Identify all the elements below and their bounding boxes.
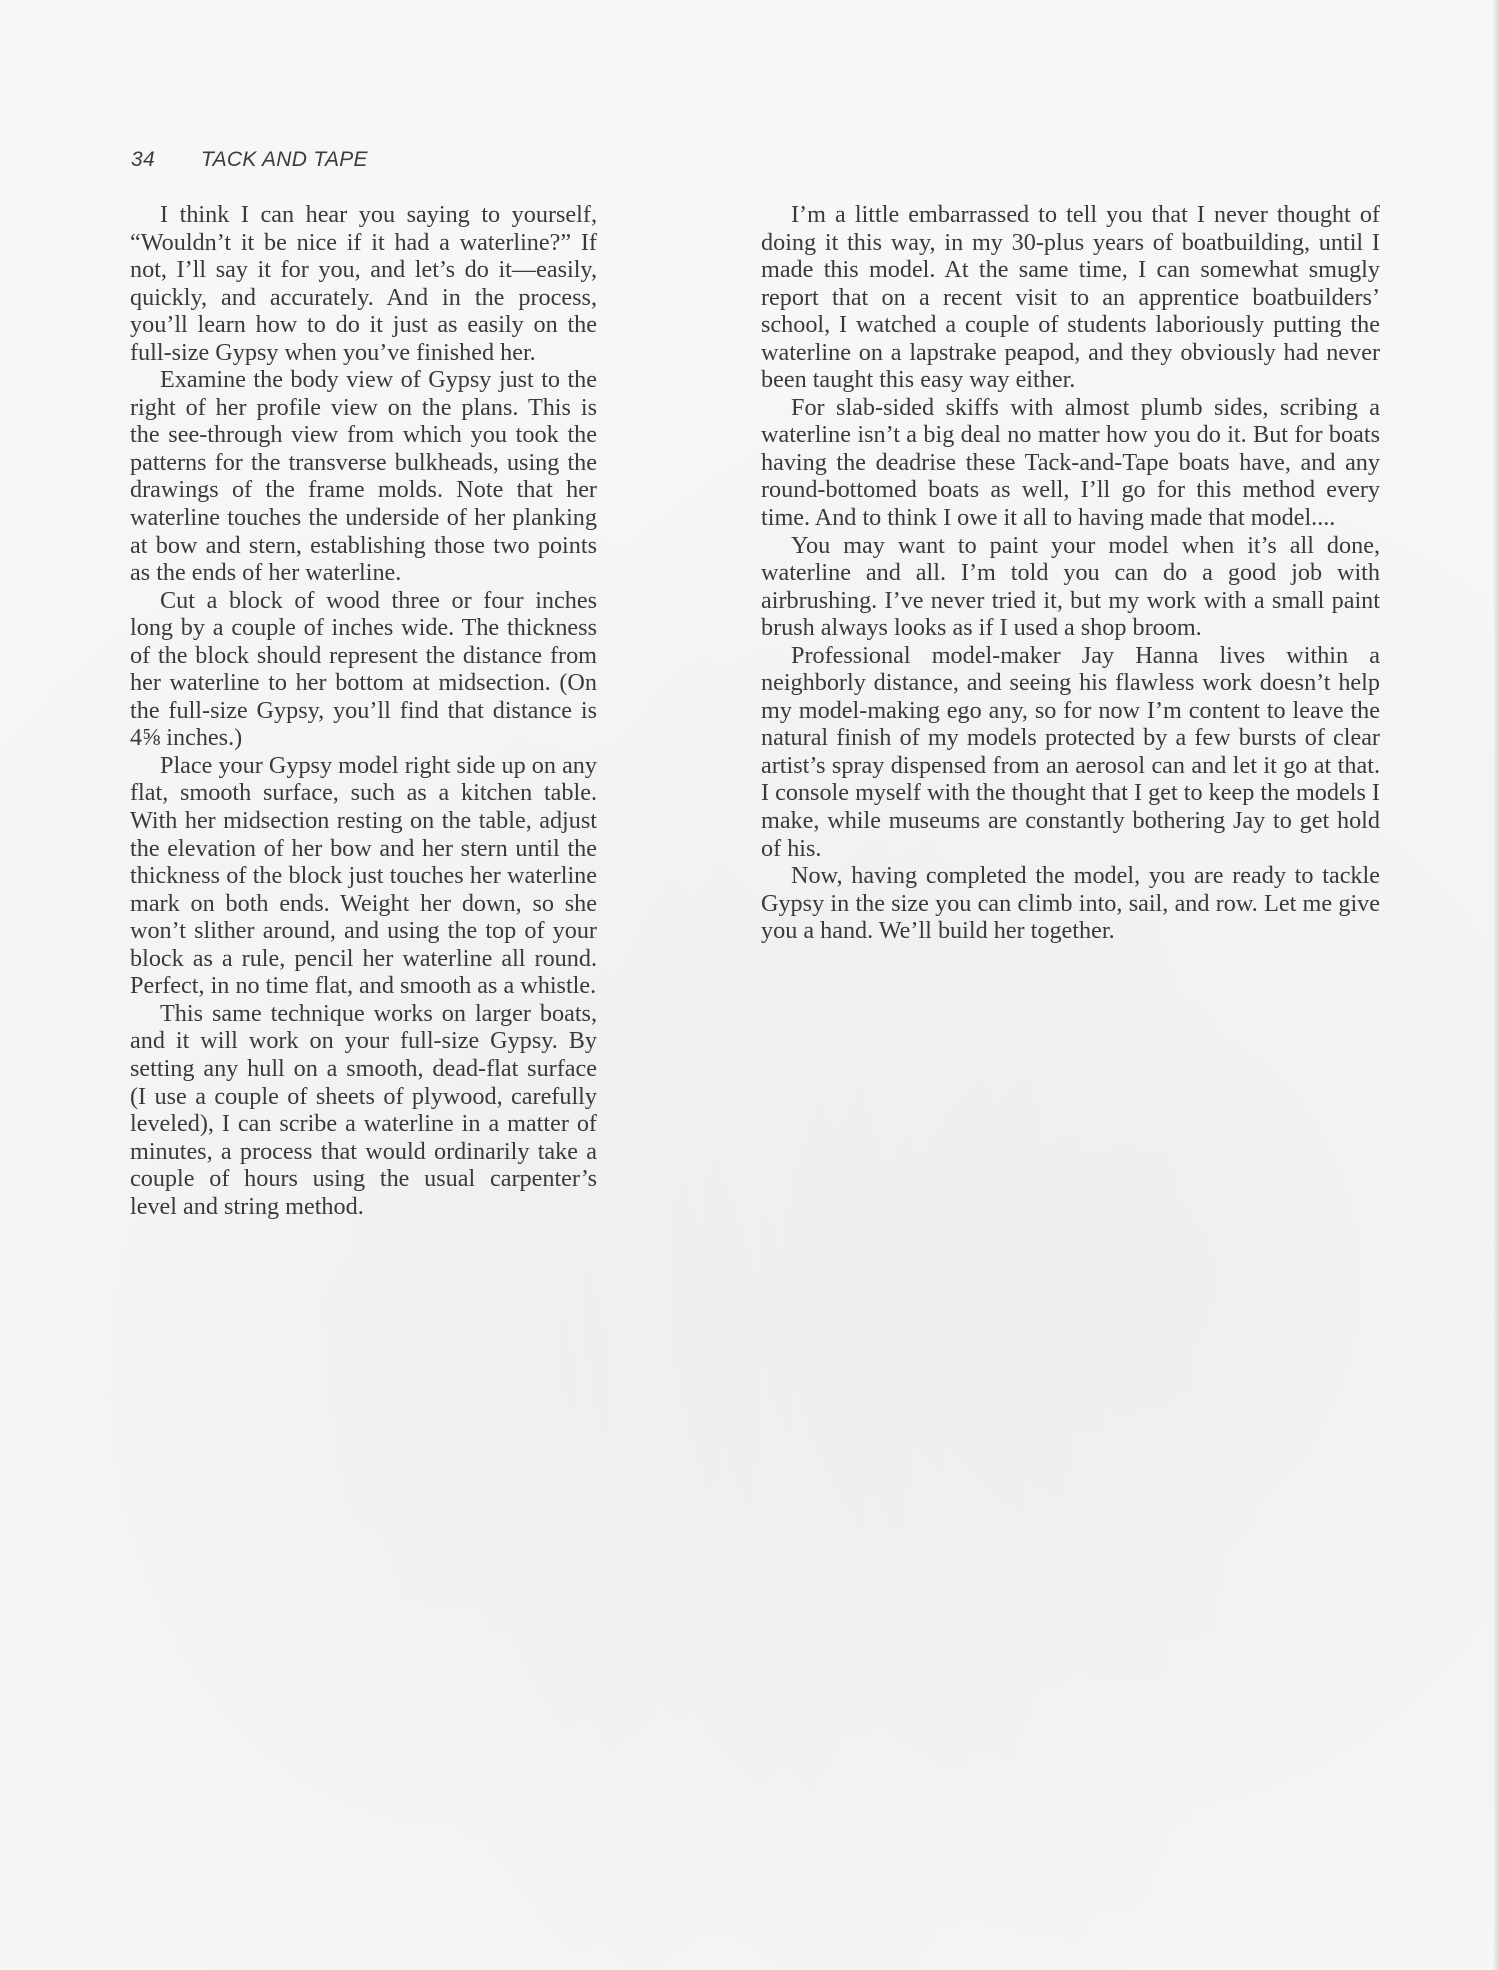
paragraph: Cut a block of wood three or four inches… — [130, 587, 597, 752]
paragraph: I’m a little embarrassed to tell you tha… — [761, 201, 1380, 394]
paragraph: I think I can hear you saying to yoursel… — [130, 201, 597, 366]
paragraph: For slab-sided skiffs with almost plumb … — [761, 394, 1380, 532]
paragraph: Place your Gypsy model right side up on … — [130, 752, 597, 1000]
left-column: I think I can hear you saying to yoursel… — [130, 201, 597, 1220]
paragraph: Professional model-maker Jay Hanna lives… — [761, 642, 1380, 862]
running-head: 34TACK AND TAPE — [131, 148, 368, 172]
book-page: 34TACK AND TAPE I think I can hear you s… — [0, 0, 1499, 1970]
chapter-title: TACK AND TAPE — [201, 148, 368, 171]
paragraph: Examine the body view of Gypsy just to t… — [130, 366, 597, 586]
page-number: 34 — [131, 148, 201, 172]
paragraph: This same technique works on larger boat… — [130, 1000, 597, 1220]
paragraph: You may want to paint your model when it… — [761, 532, 1380, 642]
page-edge-shadow — [1493, 0, 1499, 1970]
paragraph: Now, having completed the model, you are… — [761, 862, 1380, 945]
right-column: I’m a little embarrassed to tell you tha… — [761, 201, 1380, 945]
